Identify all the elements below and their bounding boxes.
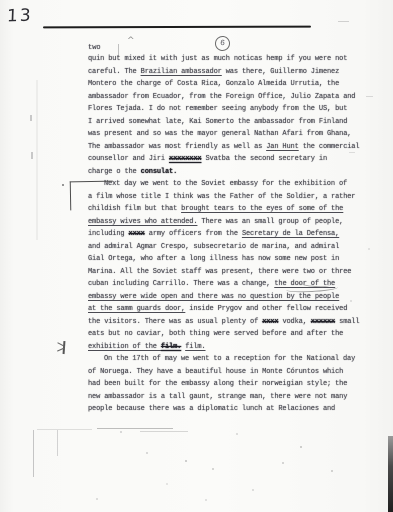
text-line: exhibition of the film. film.	[88, 341, 378, 354]
text-segment: The ambassador was most friendly as well…	[88, 143, 266, 151]
document-lines: quin but mixed it with just as much noti…	[88, 53, 378, 416]
noise-speck	[350, 300, 352, 302]
noise-speck	[252, 489, 254, 491]
scan-dash	[338, 21, 349, 22]
text-segment: cuban including Carrillo. There was a ch…	[88, 280, 274, 288]
text-line: careful. The Brazilian ambassador was th…	[88, 66, 378, 79]
text-segment: Svatba the second secretary in	[201, 155, 327, 163]
text-segment: Jan Hunt	[266, 143, 298, 151]
noise-speck	[205, 499, 207, 501]
noise-speck	[282, 462, 284, 464]
document-sheet: 13 6 two ^ quin but mixed it with just a…	[0, 0, 393, 512]
text-segment: eats but no caviar, both thing were serv…	[88, 330, 343, 338]
text-segment: including	[88, 230, 129, 238]
text-segment: of Noruega. They have a beautiful house …	[88, 368, 343, 376]
text-line: people because there was a diplomatic lu…	[88, 403, 378, 416]
text-segment: xxxx	[262, 318, 278, 326]
scan-dash	[349, 152, 355, 153]
text-segment: Brazilian ambassador	[141, 68, 222, 76]
text-segment: xxxxxxxx	[169, 155, 201, 163]
text-segment: had been built for the embassy along the…	[88, 380, 347, 388]
text-segment: ambassador from Ecuador, from the Foreig…	[88, 93, 355, 101]
text-line: Montero the charge of Costa Rica, Gonzal…	[88, 78, 378, 91]
text-segment: embassy were wide open and there was no …	[88, 293, 339, 301]
faint-stroke	[140, 431, 188, 432]
faint-stroke	[97, 428, 173, 429]
noise-speck	[120, 431, 122, 433]
text-segment: charge o the	[88, 168, 141, 176]
text-line: Next day we went to the Soviet embassy f…	[88, 178, 378, 191]
margin-dot	[62, 184, 64, 186]
text-segment: On the 17th of may we went to a receptio…	[104, 355, 355, 363]
margin-tick	[30, 115, 32, 121]
margin-tick	[31, 152, 33, 159]
text-segment: brought tears to the eyes of some of the	[181, 205, 343, 213]
text-segment: the visitors. There was as usual plenty …	[88, 318, 262, 326]
text-segment: I arrived somewhat late, Kai Somerto the…	[88, 118, 347, 126]
text-segment: counsellor and Jiri	[88, 155, 169, 163]
circled-page-mark: 6	[214, 35, 231, 52]
text-line: I arrived somewhat late, Kai Somerto the…	[88, 116, 378, 129]
text-line: embassy were wide open and there was no …	[88, 291, 378, 304]
margin-bracket-mark	[70, 181, 113, 211]
text-segment: xxxx	[129, 230, 145, 238]
scan-crease	[36, 80, 38, 240]
text-segment: There was an small group of people,	[197, 218, 343, 226]
caret-mark: ^	[127, 36, 135, 46]
text-line: Gial Ortega, who after a long illness ha…	[88, 253, 378, 266]
text-segment: a film whose title I think was the Fathe…	[88, 193, 355, 201]
noise-speck	[96, 498, 98, 500]
text-segment: Flores Tejada. I do not remember seeing …	[88, 105, 347, 113]
text-segment: careful. The	[88, 68, 141, 76]
handwritten-page-number: 13	[7, 6, 33, 27]
text-line: eats but no caviar, both thing were serv…	[88, 328, 378, 341]
text-segment: and admiral Agmar Crespo, subsecretario …	[88, 243, 339, 251]
text-segment: quin but mixed it with just as much noti…	[88, 55, 347, 63]
text-segment: people because there was a diplomatic lu…	[88, 405, 335, 413]
text-line: and admiral Agmar Crespo, subsecretario …	[88, 241, 378, 254]
text-segment: at the samm guards door,	[88, 305, 185, 313]
text-segment: small	[335, 318, 359, 326]
text-segment: army officers from the	[145, 230, 242, 238]
text-segment: vodka,	[278, 318, 310, 326]
noise-speck	[368, 248, 370, 250]
text-segment: consulat.	[141, 168, 177, 176]
scan-dash	[366, 96, 373, 97]
text-segment: was present and so was the mayor general…	[88, 130, 351, 138]
text-segment: the commercial	[299, 143, 360, 151]
text-line: embassy wives who attended. There was an…	[88, 216, 378, 229]
text-segment: xxxxxx	[311, 318, 335, 326]
text-segment: exhibition of the	[88, 343, 161, 351]
section-label: two	[88, 44, 101, 52]
noise-speck	[146, 452, 148, 454]
text-line: quin but mixed it with just as much noti…	[88, 53, 378, 66]
text-line: had been built for the embassy along the…	[88, 378, 378, 391]
text-segment: Marina. All the Soviet staff was present…	[88, 268, 351, 276]
text-line: Marina. All the Soviet staff was present…	[88, 266, 378, 279]
text-line: new ambassador is a tall gaunt, strange …	[88, 391, 378, 404]
text-line: at the samm guards door, inside Prygov a…	[88, 303, 378, 316]
text-segment: film.	[185, 343, 205, 351]
text-segment: film.	[161, 343, 181, 351]
text-line: charge o the consulat.	[88, 166, 378, 179]
faint-stroke	[37, 429, 92, 430]
noise-speck	[185, 460, 187, 462]
text-line: childish film but that brought tears to …	[88, 203, 378, 216]
noise-speck	[166, 483, 168, 485]
text-line: ambassador from Ecuador, from the Foreig…	[88, 91, 378, 104]
noise-speck	[212, 468, 214, 470]
text-segment: new ambassador is a tall gaunt, strange …	[88, 393, 347, 401]
text-line: the visitors. There was as usual plenty …	[88, 316, 378, 329]
text-line: including xxxx army officers from the Se…	[88, 228, 378, 241]
noise-speck	[300, 446, 302, 448]
scan-edge-bar	[388, 436, 393, 512]
top-rule	[43, 26, 311, 29]
noise-speck	[236, 433, 238, 435]
faint-vertical-line	[57, 430, 58, 456]
text-segment: embassy wives who attended.	[88, 218, 197, 226]
text-line: of Noruega. They have a beautiful house …	[88, 366, 378, 379]
text-line: The ambassador was most friendly as well…	[88, 141, 378, 154]
text-line: Flores Tejada. I do not remember seeing …	[88, 103, 378, 116]
text-line: was present and so was the mayor general…	[88, 128, 378, 141]
faint-vertical-line	[33, 430, 34, 477]
noise-speck	[331, 470, 333, 472]
text-line: a film whose title I think was the Fathe…	[88, 191, 378, 204]
text-segment: Montero the charge of Costa Rica, Gonzal…	[88, 80, 339, 88]
text-segment: Gial Ortega, who after a long illness ha…	[88, 255, 339, 263]
text-line: On the 17th of may we went to a receptio…	[88, 353, 378, 366]
text-line: counsellor and Jiri xxxxxxxx Svatba the …	[88, 153, 378, 166]
text-segment: Secretary de la Defensa,	[242, 230, 339, 238]
text-segment: inside Prygov and other fellow received	[185, 305, 347, 313]
text-segment: was there, Guillermo Jimenez	[222, 68, 339, 76]
text-segment: Next day we went to the Soviet embassy f…	[104, 180, 347, 188]
